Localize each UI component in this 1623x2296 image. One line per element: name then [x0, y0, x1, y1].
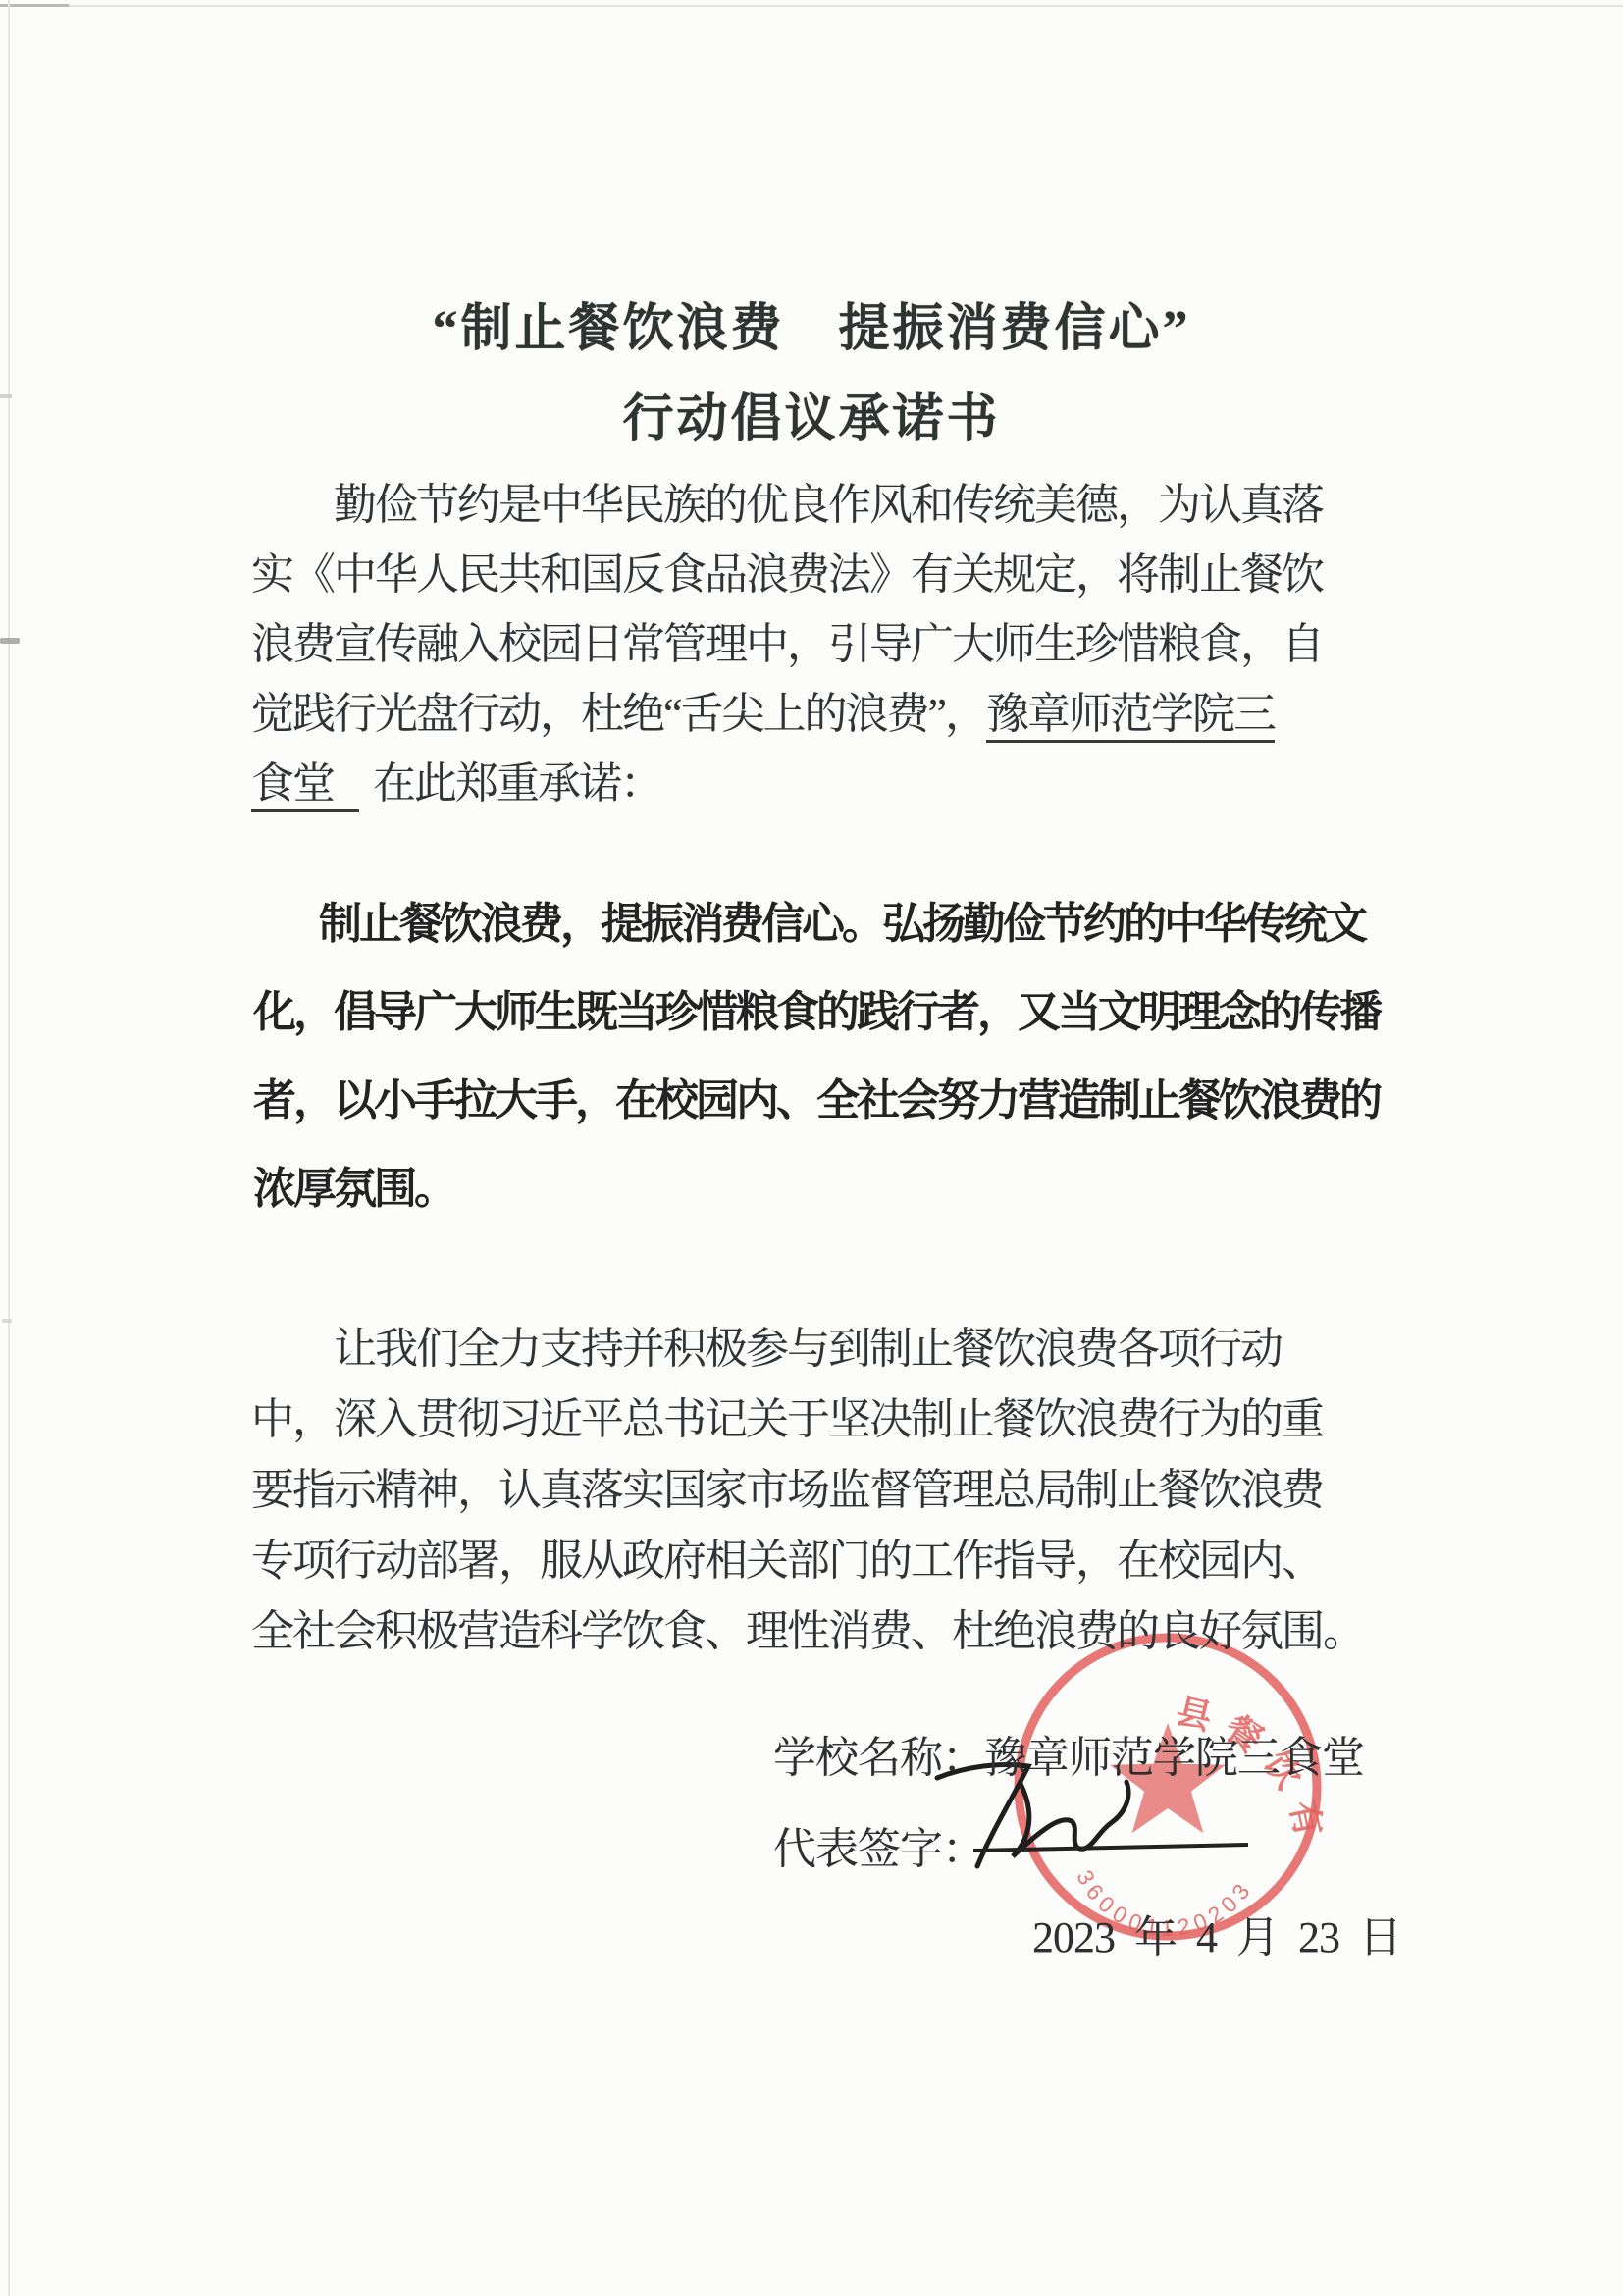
para1-line3: 浪费宣传融入校园日常管理中，引导广大师生珍惜粮食，自	[251, 608, 1323, 671]
para3-line5: 全社会积极营造科学饮食、理性消费、杜绝浪费的良好氛围。	[251, 1595, 1364, 1658]
para2-line3: 者，以小手拉大手，在校园内、全社会努力营造制止餐饮浪费的	[253, 1065, 1380, 1127]
scan-mark	[0, 638, 20, 644]
para1-line5-text: 在此郑重承诺：	[373, 759, 661, 808]
school-name-line: 学校名称：豫章师范学院三食堂	[773, 1722, 1364, 1785]
scanned-commitment-letter: 县餐饮有限公司 360001120203 “制止餐饮浪费 提振消费信心” 行动倡…	[0, 0, 1623, 2296]
school-name-value: 豫章师范学院三食堂	[984, 1734, 1364, 1782]
para3-line2: 中，深入贯彻习近平总书记关于坚决制止餐饮浪费行为的重	[251, 1383, 1323, 1446]
para1-line5: 食堂在此郑重承诺：	[251, 748, 661, 810]
signature-label: 代表签字：	[773, 1813, 984, 1876]
doc-title-line1: “制止餐饮浪费 提振消费信心”	[0, 287, 1623, 360]
para1-line4: 觉践行光盘行动，杜绝“舌尖上的浪费”，豫章师范学院三	[251, 678, 1275, 741]
scan-edge-top	[0, 5, 1623, 7]
para3-line3: 要指示精神，认真落实国家市场监督管理总局制止餐饮浪费	[251, 1454, 1323, 1517]
scan-edge-top-dark	[0, 4, 69, 7]
canteen-name-underlined-2: 食堂	[251, 759, 359, 812]
para2-line2: 化，倡导广大师生既当珍惜粮食的践行者，又当文明理念的传播	[253, 976, 1380, 1039]
canteen-name-underlined: 豫章师范学院三	[986, 690, 1275, 743]
school-name-label: 学校名称：	[773, 1734, 984, 1782]
para1-line2: 实《中华人民共和国反食品浪费法》有关规定，将制止餐饮	[251, 539, 1323, 601]
date-line: 2023 年 4 月 23 日	[1032, 1902, 1401, 1964]
para2-line1: 制止餐饮浪费，提振消费信心。弘扬勤俭节约的中华传统文	[319, 888, 1365, 951]
scan-mark	[2, 1319, 12, 1323]
doc-title-line2: 行动倡议承诺书	[0, 377, 1623, 450]
para1-line4-text: 觉践行光盘行动，杜绝“舌尖上的浪费”，	[251, 690, 986, 738]
para3-line1: 让我们全力支持并积极参与到制止餐饮浪费各项行动	[334, 1313, 1282, 1376]
para1-line1: 勤俭节约是中华民族的优良作风和传统美德，为认真落	[334, 469, 1323, 532]
para2-line4: 浓厚氛围。	[253, 1153, 454, 1216]
signature-underline	[973, 1845, 1248, 1851]
para3-line4: 专项行动部署，服从政府相关部门的工作指导，在校园内、	[251, 1525, 1323, 1588]
